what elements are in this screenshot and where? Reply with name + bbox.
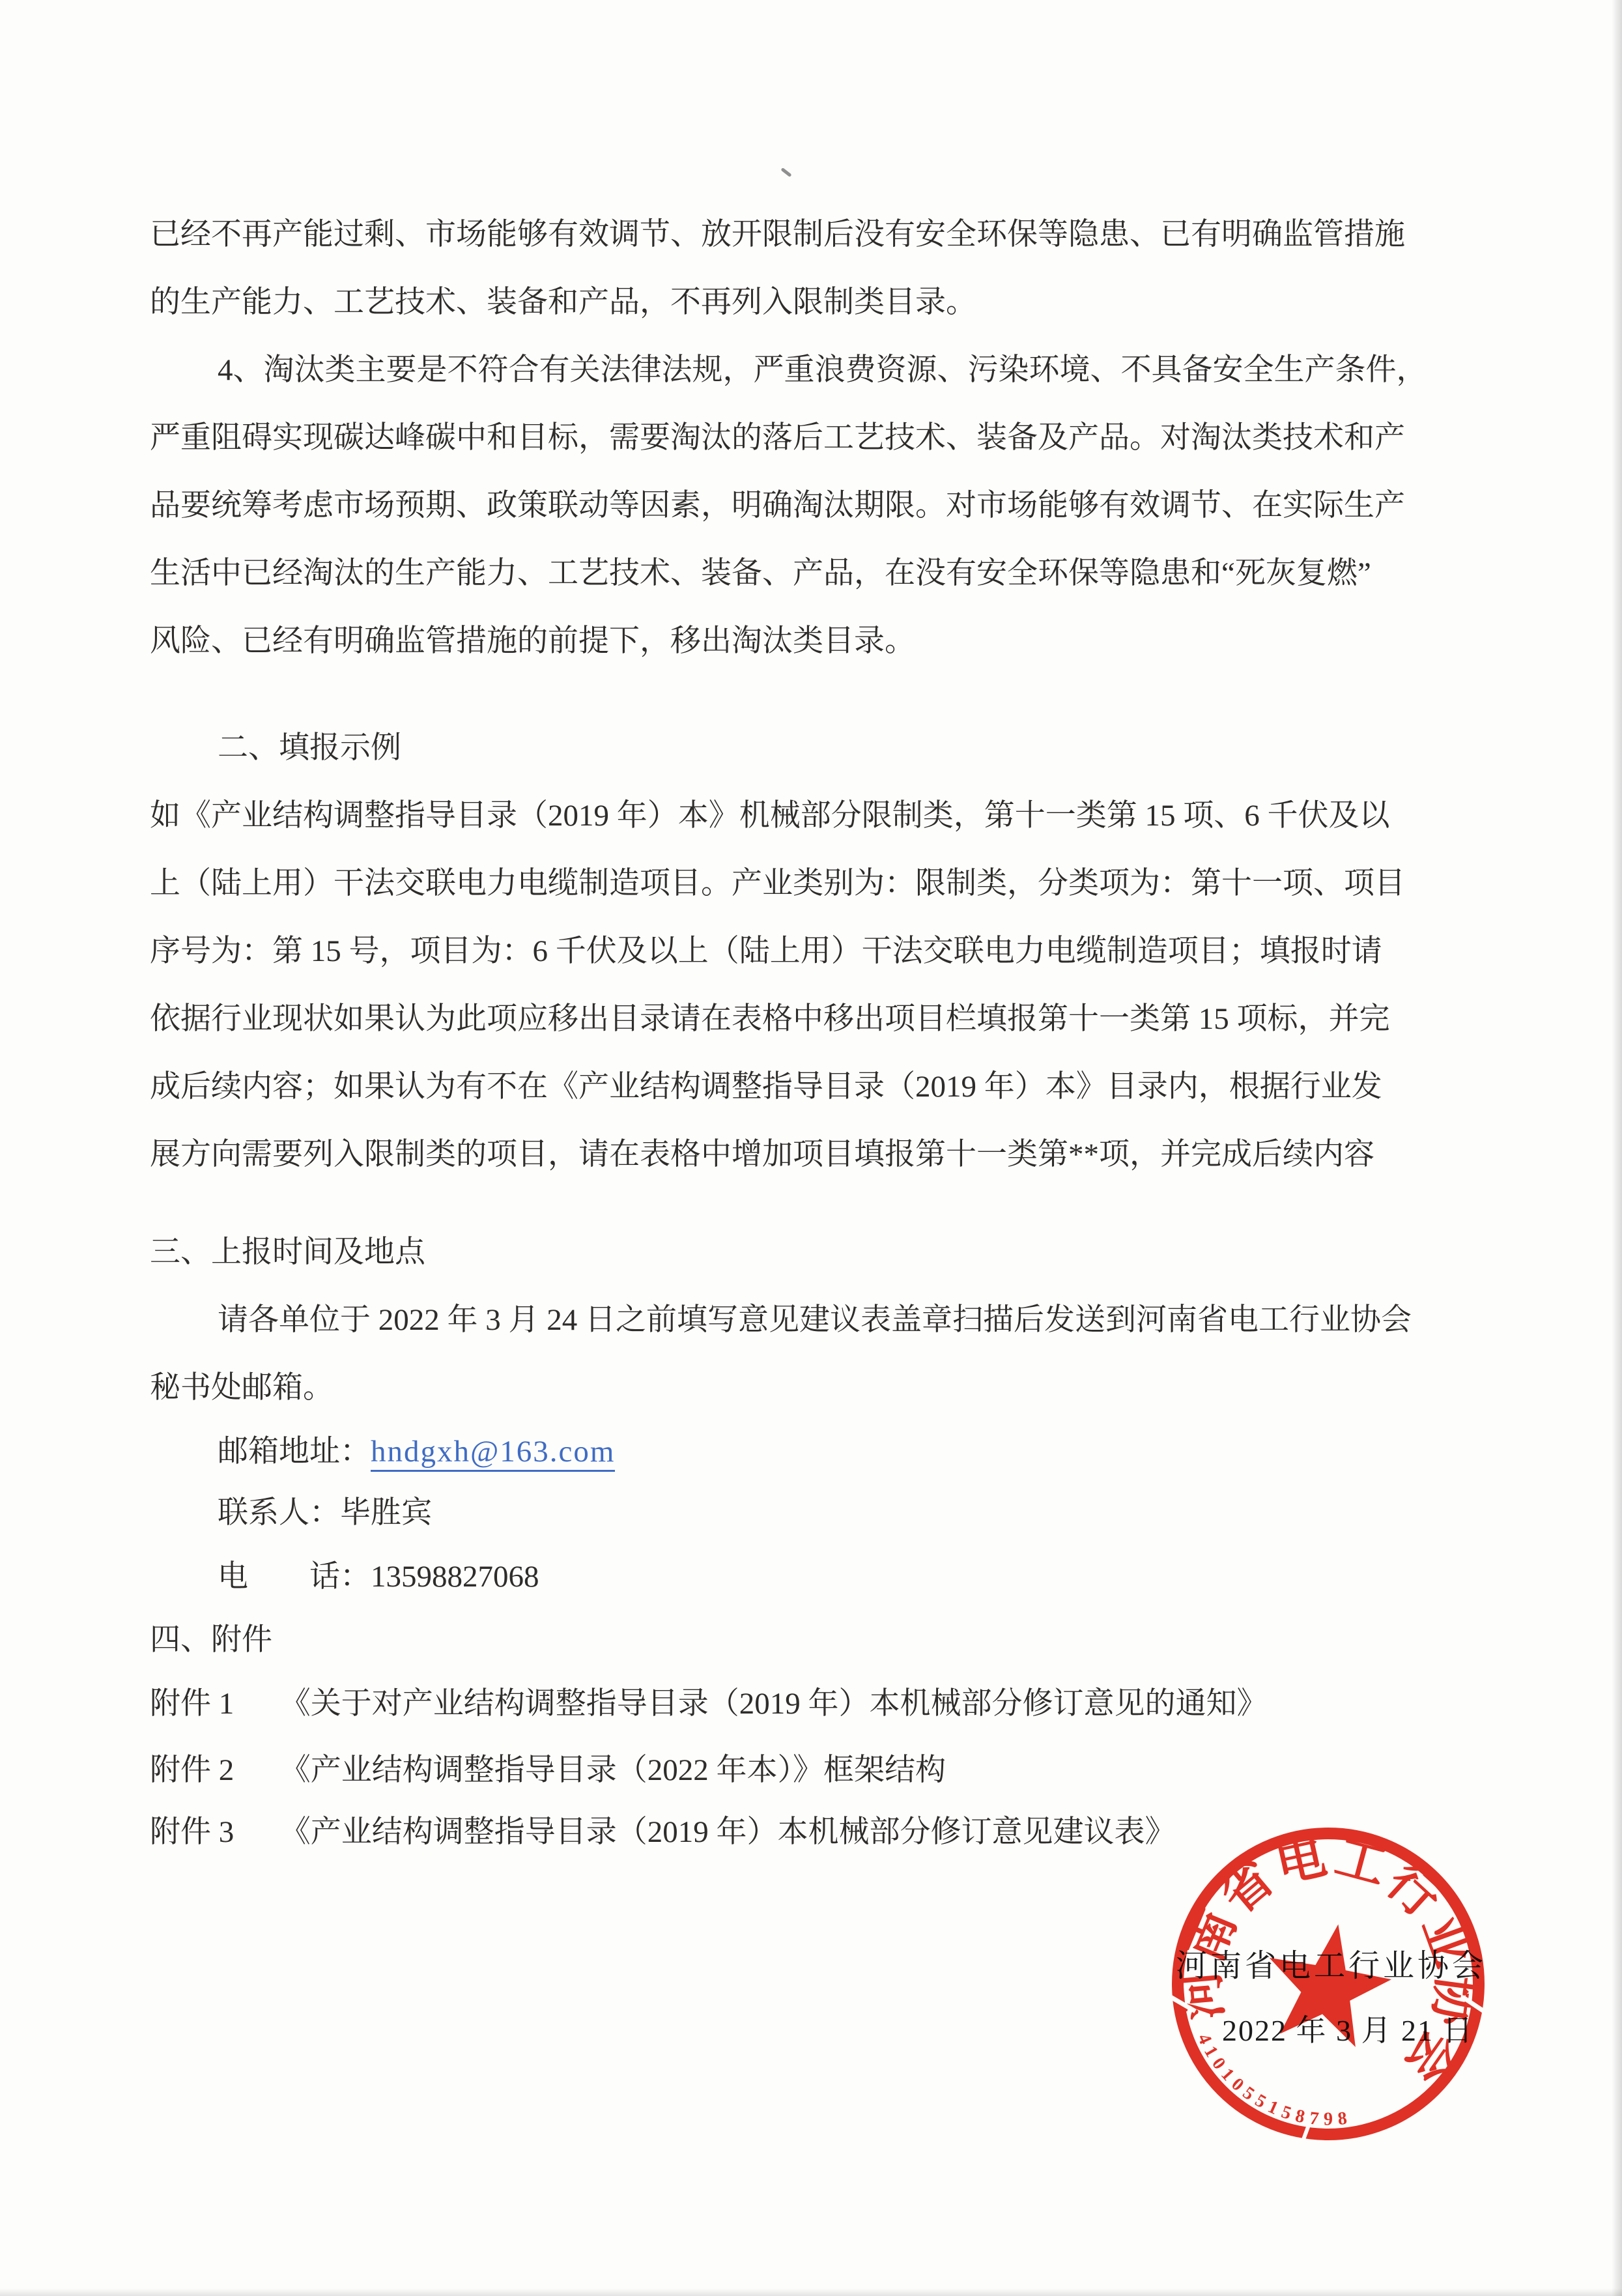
scanned-document-page: 已经不再产能过剩、市场能够有效调节、放开限制后没有安全环保等隐患、已有明确监管措… (0, 0, 1622, 2296)
page-edge-right-shadow (1612, 0, 1622, 2296)
seal-arc-char: 河 (1174, 1968, 1232, 2022)
official-seal: 河 南 省 电 工 行 业 协 会 4 1 0 1 0 5 5 1 5 8 7 … (1165, 1821, 1491, 2147)
body-line: 生活中已经淘汰的生产能力、工艺技术、装备、产品，在没有安全环保等隐患和“死灰复燃… (150, 554, 1371, 593)
body-line: 成后续内容；如果认为有不在《产业结构调整指导目录（2019 年）本》目录内，根据… (150, 1067, 1382, 1106)
seal-arc-char: 会 (1395, 2020, 1468, 2091)
body-line: 序号为：第 15 号，项目为：6 千伏及以上（陆上用）干法交联电力电缆制造项目；… (150, 932, 1382, 971)
phone-line: 电 话：13598827068 (218, 1557, 539, 1596)
section-heading-4: 四、附件 (150, 1620, 272, 1659)
seal-serial-digit: 9 (1324, 2110, 1333, 2130)
body-line: 4、淘汰类主要是不符合有关法律法规，严重浪费资源、污染环境、不具备安全生产条件， (218, 351, 1427, 390)
body-line: 风险、已经有明确监管措施的前提下，移出淘汰类目录。 (150, 622, 915, 661)
body-line: 如《产业结构调整指导目录（2019 年）本》机械部分限制类，第十一类第 15 项… (150, 796, 1390, 835)
section-heading-3: 三、上报时间及地点 (150, 1233, 425, 1272)
body-line: 的生产能力、工艺技术、装备和产品，不再列入限制类目录。 (150, 283, 976, 322)
contact-line: 联系人：毕胜宾 (218, 1493, 432, 1532)
body-line: 已经不再产能过剩、市场能够有效调节、放开限制后没有安全环保等隐患、已有明确监管措… (150, 215, 1405, 254)
seal-serial-digit: 1 (1265, 2097, 1281, 2119)
seal-serial-digit: 8 (1337, 2108, 1348, 2129)
email-link[interactable]: hndgxh@163.com (371, 1435, 615, 1472)
email-line: 邮箱地址：hndgxh@163.com (218, 1432, 615, 1471)
page-edge-bottom-shadow (0, 2288, 1622, 2296)
body-line: 展方向需要列入限制类的项目，请在表格中增加项目填报第十一类第**项，并完成后续内… (150, 1135, 1374, 1174)
attachment-item-3: 附件 3 《产业结构调整指导目录（2019 年）本机械部分修订意见建议表》 (150, 1813, 1176, 1852)
body-line: 上（陆上用）干法交联电力电缆制造项目。产业类别为：限制类，分类项为：第十一项、项… (150, 864, 1405, 903)
scan-artifact-speck (780, 167, 791, 177)
email-label: 邮箱地址： (218, 1435, 371, 1469)
body-line: 严重阻碍实现碳达峰碳中和目标，需要淘汰的落后工艺技术、装备及产品。对淘汰类技术和… (150, 418, 1405, 457)
body-line: 秘书处邮箱。 (150, 1368, 334, 1407)
seal-arc-char: 业 (1412, 1908, 1481, 1973)
body-line: 品要统筹考虑市场预期、政策联动等因素，明确淘汰期限。对市场能够有效调节、在实际生… (150, 486, 1405, 525)
body-line: 依据行业现状如果认为此项应移出目录请在表格中移出项目栏填报第十一类第 15 项标… (150, 999, 1390, 1039)
section-heading-2: 二、填报示例 (218, 728, 401, 768)
attachment-item-1: 附件 1 《关于对产业结构调整指导目录（2019 年）本机械部分修订意见的通知》 (150, 1684, 1268, 1723)
seal-arc-char: 协 (1422, 1972, 1483, 2030)
seal-serial-digit: 5 (1279, 2102, 1294, 2124)
seal-serial-digit: 8 (1294, 2106, 1307, 2127)
attachment-item-2: 附件 2 《产业结构调整指导目录（2022 年本）》框架结构 (150, 1751, 946, 1790)
body-line: 请各单位于 2022 年 3 月 24 日之前填写意见建议表盖章扫描后发送到河南… (218, 1300, 1412, 1340)
seal-serial-digit: 4 (1193, 2031, 1216, 2047)
seal-star-icon (1257, 1914, 1399, 2051)
